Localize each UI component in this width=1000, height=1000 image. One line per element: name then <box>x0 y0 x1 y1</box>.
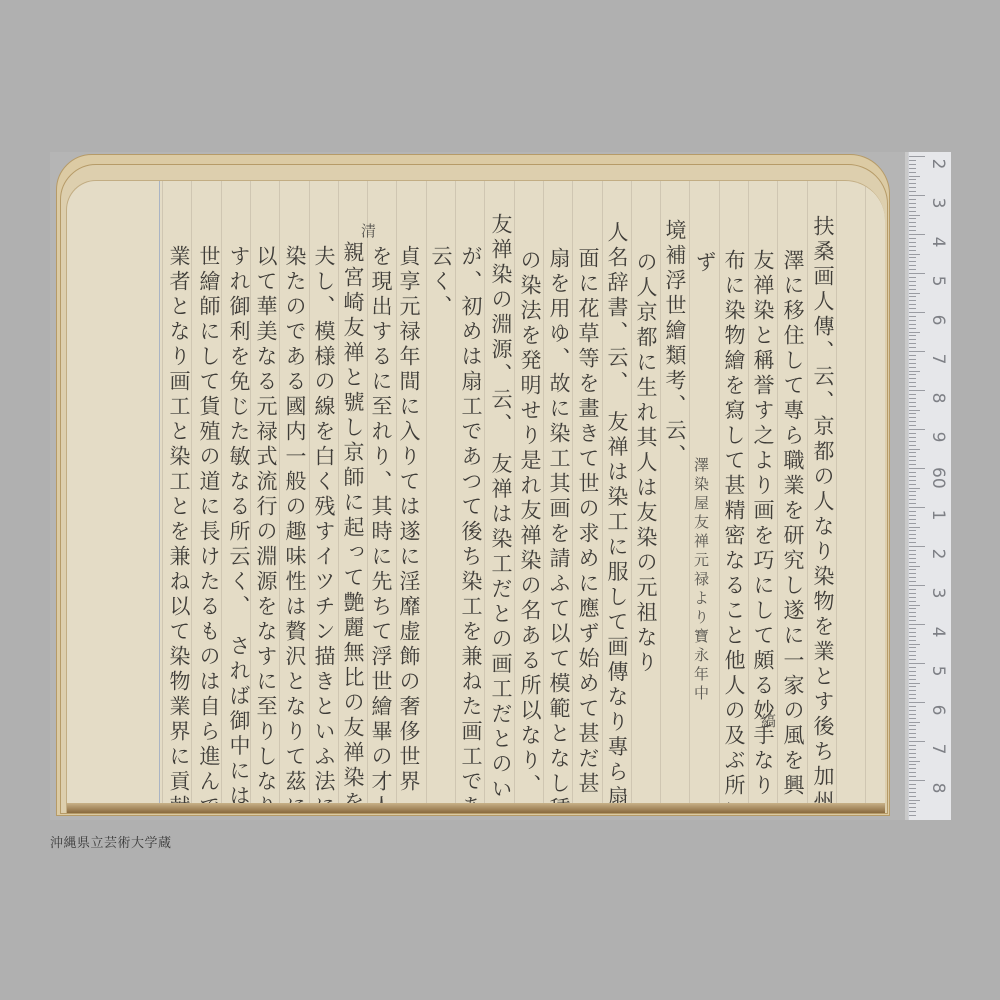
ruler-label: 2 <box>928 155 948 173</box>
handwritten-column: が、初めは扇工であつて後ち染工を兼ねた画工である、 <box>458 245 484 813</box>
ruler-tick <box>909 530 916 531</box>
ruler-tick <box>909 546 925 547</box>
ruler-label: 9 <box>928 428 948 446</box>
ruler-tick <box>909 800 920 801</box>
ruler-tick <box>909 608 916 609</box>
handwritten-column: 業者となり画工と染工とを兼ね以て染物業界に貢献する <box>166 245 192 813</box>
ruler-tick <box>909 246 916 247</box>
handwritten-column: の人京都に生れ其人は友染の元祖なり <box>633 251 659 676</box>
ruler-tick <box>909 636 916 637</box>
ruler-tick <box>909 601 916 602</box>
ruled-line <box>631 181 632 813</box>
notebook-page: 扶桑画人傳、云、京都の人なり染物を業とす後ち加州金澤に移住して專ら職業を研究し遂… <box>66 180 885 813</box>
ruler-tick <box>909 449 920 450</box>
ruler-tick <box>909 378 916 379</box>
ruler-tick <box>909 207 916 208</box>
ruler-tick <box>909 425 916 426</box>
handwritten-column: 以て華美なる元禄式流行の淵源をなすに至りしなり、 <box>253 245 279 813</box>
ruler-tick <box>909 803 916 804</box>
handwritten-column: 染たのである國内一般の趣味性は贅沢となりて茲に聚り <box>282 245 308 813</box>
ruler-tick <box>909 796 916 797</box>
ruler-tick <box>909 749 916 750</box>
ruled-line <box>455 181 456 813</box>
ruler-tick <box>909 335 916 336</box>
ruler-label: 6 <box>928 311 948 329</box>
ruled-line <box>543 181 544 813</box>
ruler-tick <box>909 776 916 777</box>
handwritten-column: 扶桑画人傳、云、京都の人なり染物を業とす後ち加州金 <box>810 215 836 813</box>
ruler-tick <box>909 359 916 360</box>
ruler-tick <box>909 261 916 262</box>
ruler-tick <box>909 215 920 216</box>
ruler-tick <box>909 371 920 372</box>
ruler-tick <box>909 339 916 340</box>
ruler-label: 2 <box>928 545 948 563</box>
handwritten-column: 友禅染の淵源、云、 友禅は染工だとの画工だとのいふ <box>488 213 514 813</box>
handwritten-column: 境補浮世繪類考、云、 <box>662 219 688 469</box>
ruler-tick <box>909 527 920 528</box>
ruler-tick <box>909 464 916 465</box>
ruler-tick <box>909 495 916 496</box>
ruler-tick <box>909 675 916 676</box>
ruled-line <box>338 181 339 813</box>
handwritten-column: 澤染屋友禅元禄より寶永年中 <box>688 457 714 704</box>
ruler-tick <box>909 480 916 481</box>
ruler-tick <box>909 538 916 539</box>
handwritten-column: 親宮崎友禅と號し京師に起って艶麗無比の友禅染を工 <box>340 241 366 813</box>
ruler-tick <box>909 605 920 606</box>
ruler-tick <box>909 320 916 321</box>
ruled-line <box>602 181 603 813</box>
ruler-tick <box>909 550 916 551</box>
ruled-line <box>309 181 310 813</box>
ruler-tick <box>909 542 916 543</box>
ruler-tick <box>909 651 916 652</box>
ruler-tick <box>909 437 916 438</box>
ruled-line <box>660 181 661 813</box>
ruler-tick <box>909 792 916 793</box>
ruler-label: 6 <box>928 701 948 719</box>
ruler-tick <box>909 413 916 414</box>
ruler-tick <box>909 472 916 473</box>
ruler-tick <box>909 343 916 344</box>
ruler-tick <box>909 729 916 730</box>
ruler-tick <box>909 745 916 746</box>
ruler-tick <box>909 764 916 765</box>
ruler-tick <box>909 507 925 508</box>
ruler-tick <box>909 811 916 812</box>
ruler-tick <box>909 706 916 707</box>
ruler-tick <box>909 690 916 691</box>
ruler-tick <box>909 176 920 177</box>
ruler-tick <box>909 265 916 266</box>
ruler-tick <box>909 593 916 594</box>
ruler-tick <box>909 667 916 668</box>
handwritten-column: 澤に移住して專ら職業を研究し遂に一家の風を興 <box>780 249 806 799</box>
ruler-tick <box>909 761 920 762</box>
ruler-tick <box>909 710 916 711</box>
ruler-tick <box>909 273 925 274</box>
ruler-tick <box>909 515 916 516</box>
ruler-tick <box>909 417 916 418</box>
ruler-tick <box>909 733 916 734</box>
ruler-tick <box>909 780 925 781</box>
ruler-tick <box>909 324 916 325</box>
handwritten-column: を現出するに至れり、其時に先ちて浮世繪畢の才人日置 <box>368 245 394 813</box>
ruled-line <box>514 181 515 813</box>
ruled-line <box>865 181 866 813</box>
ruler-tick <box>909 558 916 559</box>
ruler-tick <box>909 160 916 161</box>
ruler-label: 7 <box>928 350 948 368</box>
ruler-tick <box>909 511 916 512</box>
ruler-tick <box>909 523 916 524</box>
handwritten-column: の染法を発明せり是れ友禅染の名ある所以なり、 <box>517 249 543 799</box>
ruler-tick <box>909 254 920 255</box>
ruler-tick <box>909 452 916 453</box>
ruler-tick <box>909 737 916 738</box>
ruler-tick <box>909 562 916 563</box>
measuring-ruler: 234567896012345678 <box>908 152 951 820</box>
ruler-tick <box>909 374 916 375</box>
ruler-label: 8 <box>928 779 948 797</box>
ruler-tick <box>909 815 916 816</box>
handwritten-column: 扇を用ゆ、故に染工其画を請ふて以て模範となし種 <box>546 247 572 813</box>
ruler-tick <box>909 484 916 485</box>
ruler-tick <box>909 741 925 742</box>
handwritten-column: 夫し、模様の線を白く残すイツチン描きといふ法によつて <box>311 245 337 813</box>
ruler-tick <box>909 476 916 477</box>
ruler-tick <box>909 390 925 391</box>
ruler-tick <box>909 753 916 754</box>
ruler-tick <box>909 519 916 520</box>
ruler-tick <box>909 410 920 411</box>
ruled-line <box>836 181 837 813</box>
ruler-tick <box>909 441 916 442</box>
ruler-tick <box>909 312 925 313</box>
ruler-tick <box>909 296 916 297</box>
ruler-tick <box>909 211 916 212</box>
ruler-label: 7 <box>928 740 948 758</box>
ruler-tick <box>909 499 916 500</box>
handwritten-column: 人名辞書、云、 友禅は染工に服して画傳なり專ら扇 <box>604 221 630 811</box>
ruler-tick <box>909 491 916 492</box>
ruler-tick <box>909 503 916 504</box>
ruler-tick <box>909 788 916 789</box>
ruler-tick <box>909 624 925 625</box>
ruler-tick <box>909 382 916 383</box>
ruler-tick <box>909 257 916 258</box>
collection-credit: 沖縄県立芸術大学蔵 <box>50 832 172 851</box>
ruler-tick <box>909 168 916 169</box>
ruler-tick <box>909 332 920 333</box>
ruler-tick <box>909 581 916 582</box>
ruler-tick <box>909 281 916 282</box>
ruler-tick <box>909 316 916 317</box>
ruler-tick <box>909 386 916 387</box>
ruler-tick <box>909 616 916 617</box>
margin-line <box>159 181 160 813</box>
handwritten-column: 布に染物繪を寫して甚精密なること他人の及ぶ所にあら <box>721 249 747 813</box>
handwritten-column: すれ御利を免じた敏なる所云く、 されば御中には浮 <box>226 245 252 813</box>
ruler-tick <box>909 269 916 270</box>
ruler-tick <box>909 164 916 165</box>
ruler-tick <box>909 569 916 570</box>
ruler-tick <box>909 394 916 395</box>
ruler-tick <box>909 655 916 656</box>
ruler-tick <box>909 534 916 535</box>
ruler-tick <box>909 277 916 278</box>
ruler-tick <box>909 468 925 469</box>
ruler-tick <box>909 421 916 422</box>
ruler-tick <box>909 694 916 695</box>
ruler-label: 8 <box>928 389 948 407</box>
ruler-tick <box>909 172 916 173</box>
ruler-tick <box>909 191 916 192</box>
ruler-tick <box>909 679 916 680</box>
ruler-tick <box>909 597 916 598</box>
ruler-tick <box>909 183 916 184</box>
marginal-annotation: 縞 <box>755 713 781 732</box>
ruler-tick <box>909 328 916 329</box>
ruler-tick <box>909 768 916 769</box>
ruler-tick <box>909 456 916 457</box>
ruled-line <box>279 181 280 813</box>
ruler-tick <box>909 647 916 648</box>
ruler-tick <box>909 300 916 301</box>
ruler-tick <box>909 398 916 399</box>
ruler-tick <box>909 722 920 723</box>
ruler-tick <box>909 554 916 555</box>
ruler-tick <box>909 702 925 703</box>
ruler-tick <box>909 612 916 613</box>
ruler-tick <box>909 433 916 434</box>
handwritten-column: ず <box>692 251 718 276</box>
ruler-tick <box>909 585 925 586</box>
ruler-tick <box>909 179 916 180</box>
ruler-tick <box>909 363 916 364</box>
ruler-tick <box>909 628 916 629</box>
ruler-tick <box>909 222 916 223</box>
ruler-tick <box>909 566 920 567</box>
ruler-tick <box>909 663 925 664</box>
ruler-tick <box>909 406 916 407</box>
ruler-tick <box>909 355 916 356</box>
ruled-line <box>426 181 427 813</box>
ruler-tick <box>909 156 925 157</box>
ruler-label: 4 <box>928 233 948 251</box>
ruler-tick <box>909 285 916 286</box>
ruler-tick <box>909 671 916 672</box>
ruler-tick <box>909 308 916 309</box>
ruler-tick <box>909 683 920 684</box>
ruled-line <box>719 181 720 813</box>
ruled-line <box>162 181 163 813</box>
ruler-tick <box>909 573 916 574</box>
ruler-tick <box>909 632 916 633</box>
ruler-tick <box>909 234 925 235</box>
ruler-tick <box>909 347 916 348</box>
handwritten-column: 云く、 <box>428 245 454 320</box>
ruled-line <box>748 181 749 813</box>
ruler-label: 1 <box>928 506 948 524</box>
ruler-tick <box>909 807 916 808</box>
ruler-tick <box>909 304 916 305</box>
ruler-tick <box>909 187 916 188</box>
handwritten-column: 世繪師にして貨殖の道に長けたるものは自ら進んで染物 <box>196 245 222 813</box>
ruler-tick <box>909 429 925 430</box>
ruler-tick <box>909 367 916 368</box>
ruler-label: 3 <box>928 584 948 602</box>
ruler-tick <box>909 620 916 621</box>
ruler-label: 5 <box>928 662 948 680</box>
ruler-tick <box>909 640 916 641</box>
ruler-tick <box>909 772 916 773</box>
ruler-label: 3 <box>928 194 948 212</box>
ruler-tick <box>909 686 916 687</box>
ruler-label: 60 <box>928 467 948 485</box>
ruler-tick <box>909 238 916 239</box>
ruler-tick <box>909 460 916 461</box>
ruler-tick <box>909 488 920 489</box>
ruler-tick <box>909 203 916 204</box>
notebook: 扶桑画人傳、云、京都の人なり染物を業とす後ち加州金澤に移住して專ら職業を研究し遂… <box>54 152 896 818</box>
ruler-tick <box>909 351 925 352</box>
ruler-tick <box>909 402 916 403</box>
ruler-tick <box>909 718 916 719</box>
ruler-label: 4 <box>928 623 948 641</box>
ruler-tick <box>909 226 916 227</box>
ruler-tick <box>909 230 916 231</box>
ruler-tick <box>909 757 916 758</box>
ruler-tick <box>909 218 916 219</box>
ruler-tick <box>909 242 916 243</box>
ruler-tick <box>909 644 920 645</box>
ruler-tick <box>909 577 916 578</box>
ruler-label: 5 <box>928 272 948 290</box>
handwritten-column: 貞享元禄年間に入りては遂に淫靡虚飾の奢侈世界 <box>396 245 422 795</box>
ruler-tick <box>909 293 920 294</box>
ruler-tick <box>909 698 916 699</box>
ruler-tick <box>909 725 916 726</box>
ruler-tick <box>909 445 916 446</box>
ruler-tick <box>909 589 916 590</box>
ruled-line <box>484 181 485 813</box>
ruler-tick <box>909 659 916 660</box>
ruler-tick <box>909 714 916 715</box>
marginal-annotation: 清 <box>355 223 381 242</box>
ruler-tick <box>909 289 916 290</box>
ruled-line <box>807 181 808 813</box>
ruler-tick <box>909 199 916 200</box>
ruler-tick <box>909 250 916 251</box>
ruled-line <box>572 181 573 813</box>
ruler-tick <box>909 195 925 196</box>
ruler-tick <box>909 784 916 785</box>
handwritten-column: 面に花草等を畫きて世の求めに應ず始めて甚だ甚 <box>575 247 601 797</box>
